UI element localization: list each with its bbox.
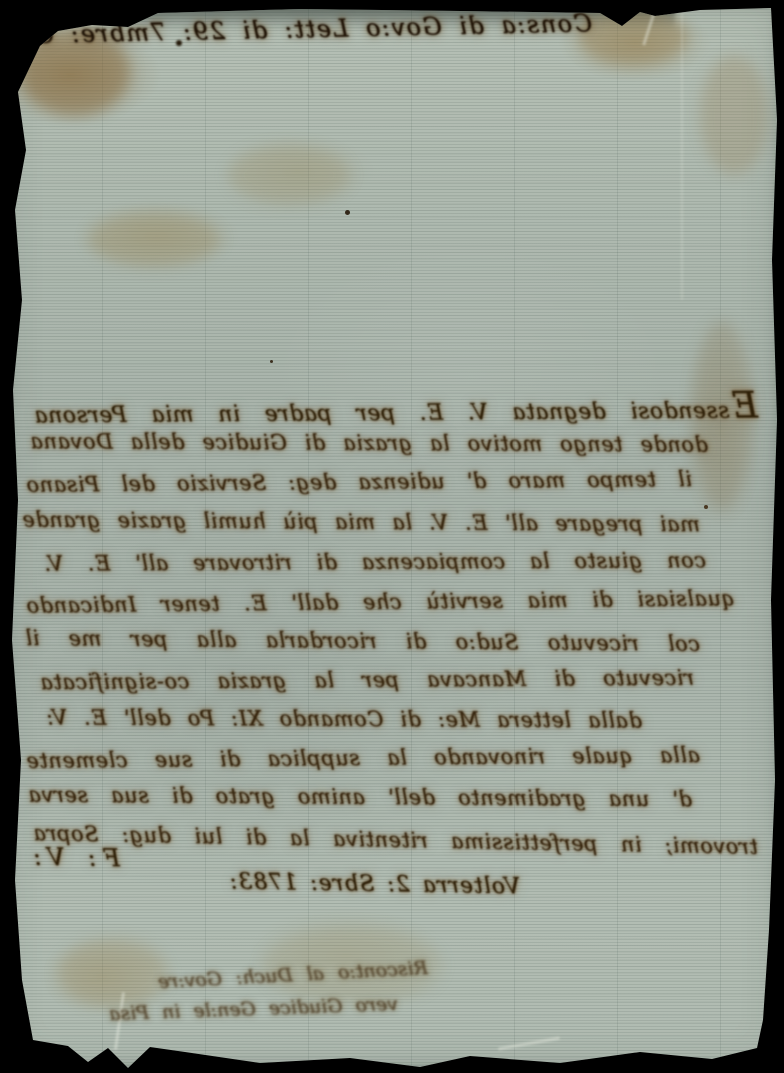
letter-line: donde tengo motivo la grazia di Giudice … bbox=[30, 430, 708, 457]
letter-line: ricevuto di Mancava per la grazia co-sig… bbox=[40, 667, 694, 695]
letter-line: mai pregare all' E. V. la mia più humil … bbox=[22, 509, 700, 537]
manuscript-page: Cons:a di Gov:o Lett: di 29: 7mbre: G.D:… bbox=[0, 0, 784, 1073]
closing-initials: F: V: G. bbox=[0, 842, 120, 873]
letter-line: alla quale rinovando la supplica di sue … bbox=[26, 744, 700, 773]
docket-top-line: Cons:a di Gov:o Lett: di 29: 7mbre: G.D: bbox=[148, 9, 592, 46]
photograph-background: Cons:a di Gov:o Lett: di 29: 7mbre: G.D:… bbox=[0, 0, 784, 1073]
docket-bottom-line: vero Giudice Gen:le in Pisa bbox=[109, 993, 399, 1025]
dateline: Volterra 2: Sbre: 1783: bbox=[229, 869, 520, 899]
letter-line: col ricevuto Sud:o di ricordarla alla pe… bbox=[25, 627, 700, 656]
letter-line: trovomi; in perfettissima ritentiva la d… bbox=[33, 822, 758, 859]
mirrored-ink-layer: Cons:a di Gov:o Lett: di 29: 7mbre: G.D:… bbox=[0, 0, 784, 1073]
docket-bottom-line: Riscont:o al Duch: Gov:re bbox=[157, 957, 428, 993]
letter-line: il tempo maro d' udienza deg: Servizio d… bbox=[26, 468, 692, 497]
letter-line: con giusto la compiacenza di ritrovare a… bbox=[44, 549, 706, 576]
letter-line: d' una gradimento dell' animo grato di s… bbox=[28, 784, 692, 812]
letter-line: qualsiasi di mia servitù che dall' E. te… bbox=[26, 587, 735, 618]
letter-line: Essendosi degnata V. E. per padre in mia… bbox=[34, 385, 758, 430]
letter-line: dalla lettera Me: di Comando XI: Po dell… bbox=[46, 706, 642, 732]
